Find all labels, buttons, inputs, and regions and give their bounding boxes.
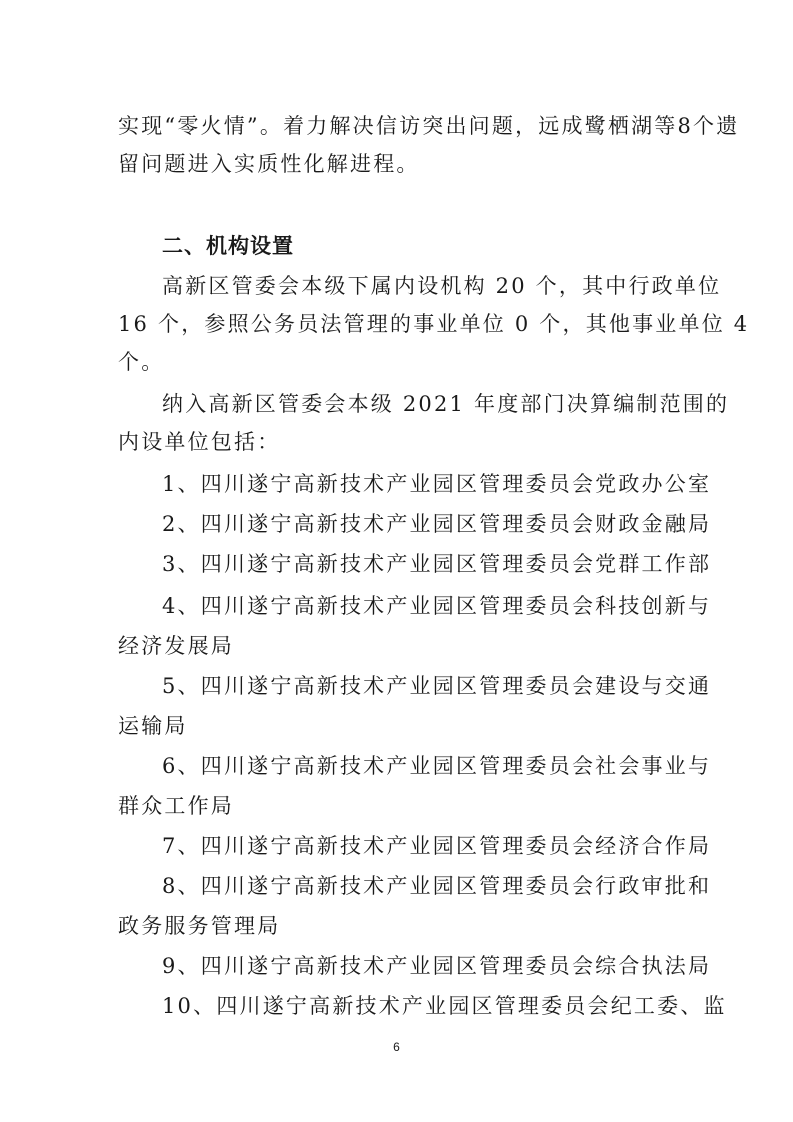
unit-list-item-continuation: 政务服务管理局 — [118, 912, 678, 940]
paragraph-line: 纳入高新区管委会本级 2021 年度部门决算编制范围的 — [162, 390, 722, 418]
body-text-line: 留问题进入实质性化解进程。 — [118, 150, 678, 178]
unit-list-item: 3、四川遂宁高新技术产业园区管理委员会党群工作部 — [162, 550, 722, 578]
unit-list-item: 1、四川遂宁高新技术产业园区管理委员会党政办公室 — [162, 470, 722, 498]
section-heading: 二、机构设置 — [162, 232, 722, 260]
unit-list-item: 4、四川遂宁高新技术产业园区管理委员会科技创新与 — [162, 592, 722, 620]
paragraph-line: 内设单位包括： — [118, 428, 678, 456]
paragraph-line: 16 个，参照公务员法管理的事业单位 0 个，其他事业单位 4 — [118, 310, 678, 338]
unit-list-item: 6、四川遂宁高新技术产业园区管理委员会社会事业与 — [162, 752, 722, 780]
document-page: 实现“零火情”。着力解决信访突出问题，远成鹭栖湖等8个遗 留问题进入实质性化解进… — [0, 0, 793, 1122]
unit-list-item: 5、四川遂宁高新技术产业园区管理委员会建设与交通 — [162, 672, 722, 700]
unit-list-item: 9、四川遂宁高新技术产业园区管理委员会综合执法局 — [162, 952, 722, 980]
unit-list-item: 2、四川遂宁高新技术产业园区管理委员会财政金融局 — [162, 510, 722, 538]
unit-list-item: 8、四川遂宁高新技术产业园区管理委员会行政审批和 — [162, 872, 722, 900]
unit-list-item-continuation: 经济发展局 — [118, 632, 678, 660]
paragraph-line: 高新区管委会本级下属内设机构 20 个，其中行政单位 — [162, 272, 722, 300]
page-number: 6 — [0, 1040, 793, 1054]
unit-list-item-continuation: 群众工作局 — [118, 792, 678, 820]
paragraph-line: 个。 — [118, 348, 678, 376]
unit-list-item: 7、四川遂宁高新技术产业园区管理委员会经济合作局 — [162, 832, 722, 860]
body-text-line: 实现“零火情”。着力解决信访突出问题，远成鹭栖湖等8个遗 — [118, 112, 678, 140]
unit-list-item-continuation: 运输局 — [118, 712, 678, 740]
unit-list-item: 10、四川遂宁高新技术产业园区管理委员会纪工委、监 — [162, 992, 722, 1020]
